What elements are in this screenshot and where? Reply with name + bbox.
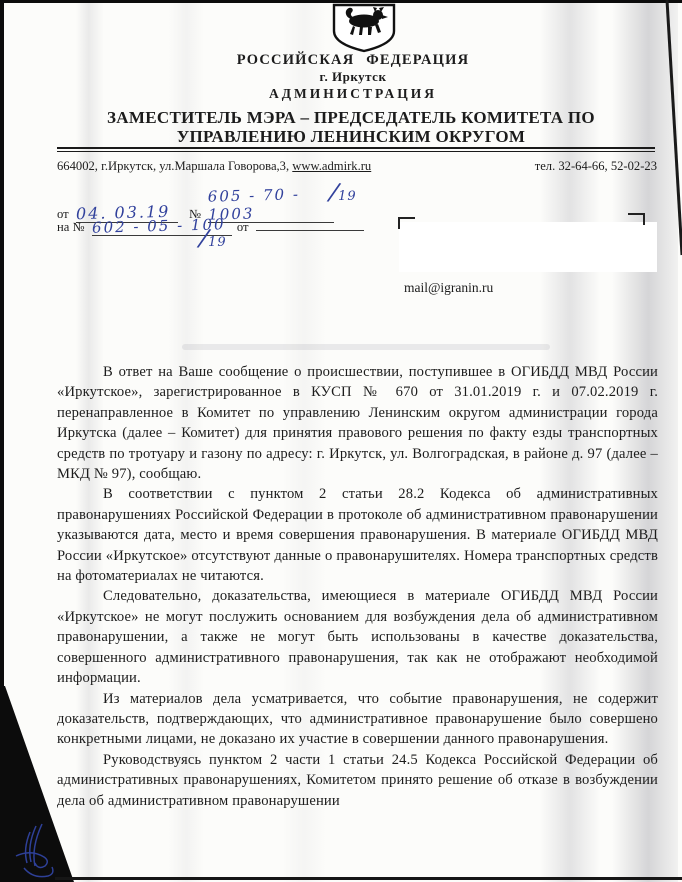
paragraph: Следовательно, доказательства, имеющиеся… bbox=[57, 586, 658, 688]
city-name: г. Иркутск bbox=[0, 69, 682, 85]
website-link: www.admirk.ru bbox=[292, 159, 371, 173]
reply-from-label: от bbox=[237, 220, 249, 234]
letterhead-title-line1: ЗАМЕСТИТЕЛЬ МЭРА – ПРЕДСЕДАТЕЛЬ КОМИТЕТА… bbox=[61, 108, 641, 127]
ink-scribble-mark bbox=[6, 822, 70, 882]
outgoing-number-year: /19 bbox=[330, 178, 357, 206]
scanned-letter-page: РОССИЙСКАЯ ФЕДЕРАЦИЯ г. Иркутск АДМИНИСТ… bbox=[0, 0, 682, 882]
phone-numbers: тел. 32-64-66, 52-02-23 bbox=[535, 159, 657, 174]
paragraph: В соответствии с пунктом 2 статьи 28.2 К… bbox=[57, 484, 658, 586]
reply-to-label: на № bbox=[57, 220, 85, 234]
irkutsk-coat-of-arms-icon bbox=[331, 2, 398, 54]
letterhead-title: ЗАМЕСТИТЕЛЬ МЭРА – ПРЕДСЕДАТЕЛЬ КОМИТЕТА… bbox=[61, 108, 641, 146]
contact-row: 664002, г.Иркутск, ул.Маршала Говорова,3… bbox=[57, 159, 657, 174]
postal-address: 664002, г.Иркутск, ул.Маршала Говорова,3… bbox=[57, 159, 371, 174]
recipient-email: mail@igranin.ru bbox=[404, 280, 493, 296]
country-name: РОССИЙСКАЯ ФЕДЕРАЦИЯ bbox=[0, 52, 682, 69]
recipient-corner-mark-right bbox=[628, 213, 645, 225]
letterhead-divider bbox=[57, 147, 655, 152]
paragraph: В ответ на Ваше сообщение о происшествии… bbox=[57, 362, 658, 484]
administration-label: АДМИНИСТРАЦИЯ bbox=[0, 86, 682, 102]
paragraph: Руководствуясь пунктом 2 части 1 статьи … bbox=[57, 750, 658, 811]
scan-smudge bbox=[182, 344, 550, 350]
letterhead-title-line2: УПРАВЛЕНИЮ ЛЕНИНСКИМ ОКРУГОМ bbox=[61, 127, 641, 146]
blank-date-line bbox=[256, 216, 364, 231]
recipient-corner-mark-left bbox=[398, 217, 415, 229]
paragraph: Из материалов дела усматривается, что со… bbox=[57, 689, 658, 750]
letter-body: В ответ на Ваше сообщение о происшествии… bbox=[57, 362, 658, 811]
redacted-recipient-box bbox=[399, 222, 657, 272]
incoming-number-year: /19 bbox=[200, 224, 227, 252]
